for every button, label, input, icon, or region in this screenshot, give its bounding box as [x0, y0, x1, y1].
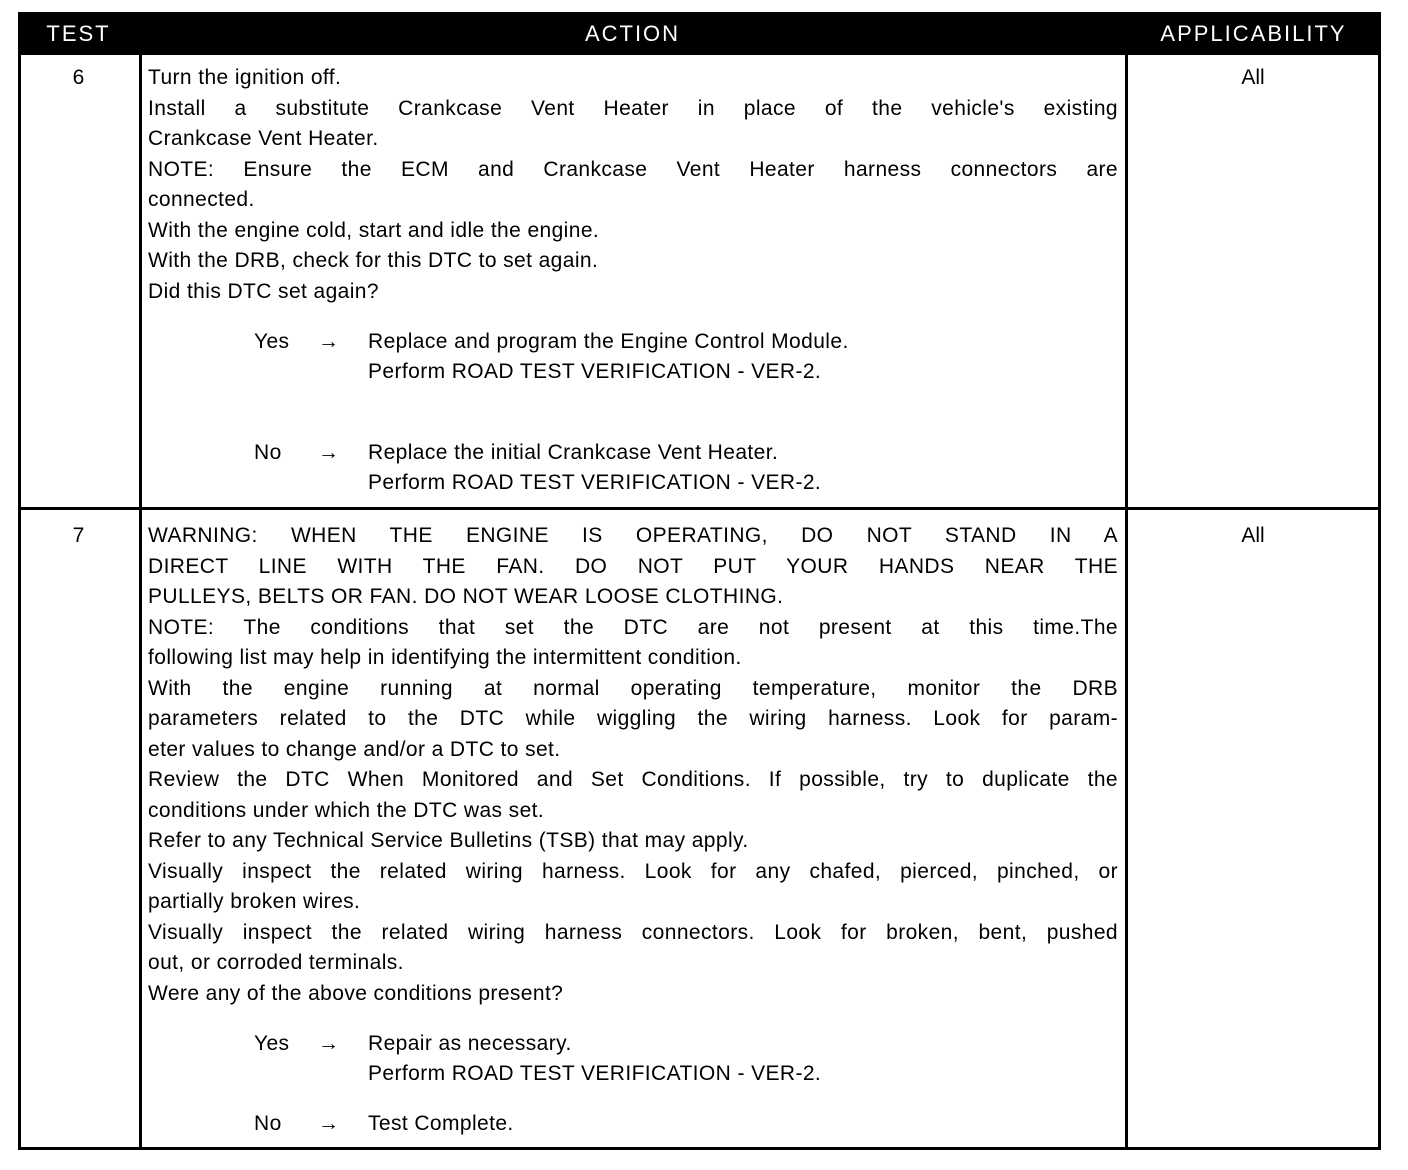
arrow-right-icon: → [318, 438, 339, 469]
action-line: Visually inspect the related wiring harn… [148, 918, 1118, 949]
action-line: Did this DTC set again? [148, 277, 1118, 308]
action-line: Refer to any Technical Service Bulletins… [148, 826, 1118, 857]
applicability-value: All [1128, 66, 1378, 90]
no-label: No [254, 438, 282, 469]
action-line: Visually inspect the related wiring harn… [148, 857, 1118, 888]
yes-label: Yes [254, 1029, 289, 1060]
yes-result: Perform ROAD TEST VERIFICATION - VER-2. [368, 1059, 821, 1090]
yes-result: Replace and program the Engine Control M… [368, 327, 849, 358]
action-line: connected. [148, 185, 1118, 216]
warning-line: PULLEYS, BELTS OR FAN. DO NOT WEAR LOOSE… [148, 582, 1118, 613]
action-line: following list may help in identifying t… [148, 643, 1118, 674]
no-outcome: No → Test Complete. [148, 1109, 1118, 1139]
row-divider [18, 507, 1381, 510]
action-line: conditions under which the DTC was set. [148, 796, 1118, 827]
action-line: With the DRB, check for this DTC to set … [148, 246, 1118, 277]
header-test: TEST [18, 21, 139, 47]
action-line: parameters related to the DTC while wigg… [148, 704, 1118, 735]
no-result: Test Complete. [368, 1109, 514, 1140]
action-line: Were any of the above conditions present… [148, 979, 1118, 1010]
no-label: No [254, 1109, 282, 1140]
table-header: TEST ACTION APPLICABILITY [18, 12, 1381, 55]
warning-line: DIRECT LINE WITH THE FAN. DO NOT PUT YOU… [148, 552, 1118, 583]
yes-result: Repair as necessary. [368, 1029, 572, 1060]
warning-line: WARNING: WHEN THE ENGINE IS OPERATING, D… [148, 521, 1118, 552]
action-line: NOTE: Ensure the ECM and Crankcase Vent … [148, 155, 1118, 186]
header-action: ACTION [139, 21, 1126, 47]
yes-outcome-cont: Perform ROAD TEST VERIFICATION - VER-2. [148, 357, 1118, 387]
yes-label: Yes [254, 327, 289, 358]
yes-outcome: Yes → Replace and program the Engine Con… [148, 327, 1118, 357]
no-result: Replace the initial Crankcase Vent Heate… [368, 438, 778, 469]
arrow-right-icon: → [318, 327, 339, 358]
test-6-action: Turn the ignition off. Install a substit… [148, 63, 1118, 498]
action-line: Review the DTC When Monitored and Set Co… [148, 765, 1118, 796]
action-line: Install a substitute Crankcase Vent Heat… [148, 94, 1118, 125]
arrow-right-icon: → [318, 1109, 339, 1140]
applicability-value: All [1128, 524, 1378, 548]
yes-outcome-cont: Perform ROAD TEST VERIFICATION - VER-2. [148, 1059, 1118, 1089]
action-line: Turn the ignition off. [148, 63, 1118, 94]
no-result: Perform ROAD TEST VERIFICATION - VER-2. [368, 468, 821, 499]
action-line: partially broken wires. [148, 887, 1118, 918]
header-applicability: APPLICABILITY [1126, 21, 1381, 47]
yes-outcome: Yes → Repair as necessary. [148, 1029, 1118, 1059]
arrow-right-icon: → [318, 1029, 339, 1060]
action-line: eter values to change and/or a DTC to se… [148, 735, 1118, 766]
no-outcome-cont: Perform ROAD TEST VERIFICATION - VER-2. [148, 468, 1118, 498]
column-divider-test [139, 55, 142, 1150]
test-7-action: WARNING: WHEN THE ENGINE IS OPERATING, D… [148, 521, 1118, 1139]
yes-result: Perform ROAD TEST VERIFICATION - VER-2. [368, 357, 821, 388]
action-line: Crankcase Vent Heater. [148, 124, 1118, 155]
action-line: NOTE: The conditions that set the DTC ar… [148, 613, 1118, 644]
no-outcome: No → Replace the initial Crankcase Vent … [148, 438, 1118, 468]
test-number: 7 [18, 524, 139, 548]
action-line: out, or corroded terminals. [148, 948, 1118, 979]
column-divider-applicability [1125, 55, 1128, 1150]
action-line: With the engine cold, start and idle the… [148, 216, 1118, 247]
test-number: 6 [18, 66, 139, 90]
action-line: With the engine running at normal operat… [148, 674, 1118, 705]
